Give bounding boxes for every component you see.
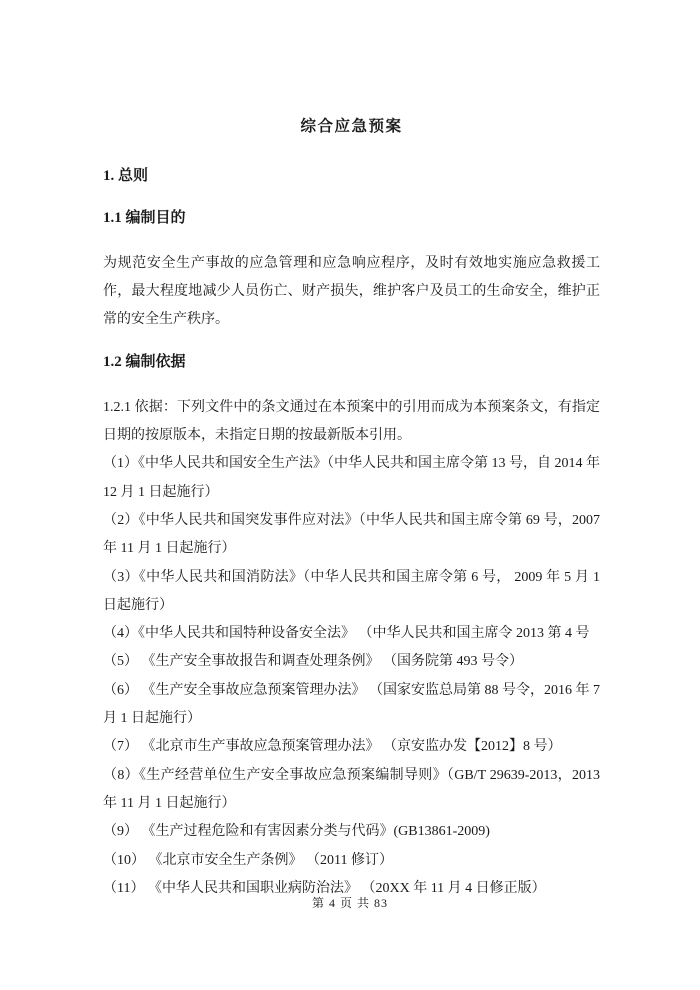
list-item: （3）《中华人民共和国消防法》（中华人民共和国主席令第 6 号， 2009 年 … — [103, 564, 600, 621]
paragraph: 为规范安全生产事故的应急管理和应急响应程序，及时有效地实施应急救援工作，最大程度… — [103, 250, 600, 335]
list-item: （2）《中华人民共和国突发事件应对法》（中华人民共和国主席令第 69 号，200… — [103, 507, 600, 564]
document-title: 综合应急预案 — [103, 113, 600, 141]
page-number-footer: 第 4 页 共 83 — [0, 894, 700, 912]
list-item: （5） 《生产安全事故报告和调查处理条例》 （国务院第 493 号令） — [103, 648, 600, 676]
list-item: （7） 《北京市生产事故应急预案管理办法》 （京安监办发【2012】8 号） — [103, 733, 600, 761]
list-item: （9） 《生产过程危险和有害因素分类与代码》(GB13861-2009) — [103, 818, 600, 846]
list-item: （4）《中华人民共和国特种设备安全法》 （中华人民共和国主席令 2013 第 4… — [103, 620, 600, 648]
document-body: 1. 总则1.1 编制目的为规范安全生产事故的应急管理和应急响应程序，及时有效地… — [103, 162, 600, 903]
list-item: （6） 《生产安全事故应急预案管理办法》 （国家安监总局第 88 号令，2016… — [103, 677, 600, 734]
list-item: （1）《中华人民共和国安全生产法》（中华人民共和国主席令第 13 号，自 201… — [103, 450, 600, 507]
list-item: （8）《生产经营单位生产安全事故应急预案编制导则》（GB/T 29639-201… — [103, 762, 600, 819]
list-item: （10） 《北京市安全生产条例》 （2011 修订） — [103, 847, 600, 875]
paragraph: 1.2.1 依据：下列文件中的条文通过在本预案中的引用而成为本预案条文，有指定日… — [103, 394, 600, 451]
document-page: 综合应急预案 1. 总则1.1 编制目的为规范安全生产事故的应急管理和应急响应程… — [0, 0, 700, 990]
heading-2: 1.1 编制目的 — [103, 204, 600, 232]
heading-1: 1. 总则 — [103, 162, 600, 190]
heading-2: 1.2 编制依据 — [103, 348, 600, 376]
